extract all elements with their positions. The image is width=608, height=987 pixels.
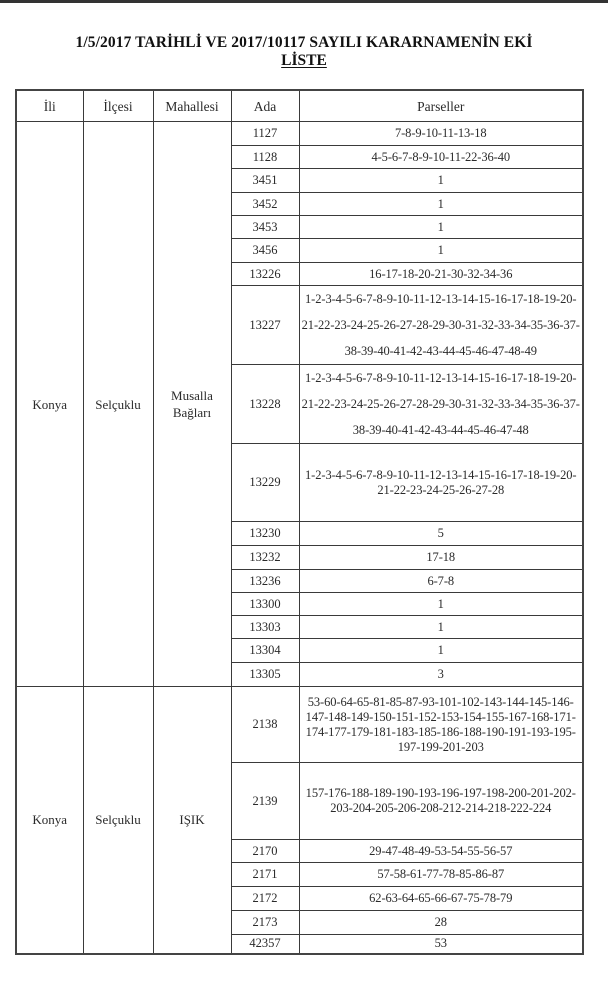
cell-parseller: 28 xyxy=(299,911,583,935)
cell-ada: 13305 xyxy=(231,663,299,687)
cell-parseller: 6-7-8 xyxy=(299,570,583,593)
cell-ada: 13227 xyxy=(231,286,299,365)
cell-parseller: 29-47-48-49-53-54-55-56-57 xyxy=(299,840,583,863)
cell-ada: 1128 xyxy=(231,146,299,169)
parcel-line: 1-2-3-4-5-6-7-8-9-10-11-12-13-14-15-16-1… xyxy=(300,468,583,483)
cell-ada: 2171 xyxy=(231,863,299,887)
parcel-line: 1 xyxy=(300,643,583,658)
cell-parseller: 1 xyxy=(299,169,583,193)
cell-mahalle: IŞIK xyxy=(153,687,231,954)
cell-parseller: 1 xyxy=(299,216,583,239)
cell-parseller: 1 xyxy=(299,639,583,663)
cell-ada: 13226 xyxy=(231,263,299,286)
mahalle-line: IŞIK xyxy=(154,811,231,828)
parcel-line: 62-63-64-65-66-67-75-78-79 xyxy=(300,891,583,906)
cell-ada: 13303 xyxy=(231,616,299,639)
parcel-line: 28 xyxy=(300,915,583,930)
cell-ada: 42357 xyxy=(231,935,299,954)
cell-parseller: 5 xyxy=(299,522,583,546)
parcel-line: 53 xyxy=(300,936,583,951)
parcel-line: 1-2-3-4-5-6-7-8-9-10-11-12-13-14-15-16-1… xyxy=(300,286,583,312)
table-row: KonyaSelçukluMusallaBağları11277-8-9-10-… xyxy=(16,122,583,146)
parcel-line: 1 xyxy=(300,220,583,235)
parcel-line: 17-18 xyxy=(300,550,583,565)
parcel-line: 1 xyxy=(300,243,583,258)
cell-ada: 2172 xyxy=(231,887,299,911)
cell-ada: 13236 xyxy=(231,570,299,593)
parcel-line: 197-199-201-203 xyxy=(300,740,583,755)
mahalle-line: Musalla xyxy=(154,387,231,404)
header-ada: Ada xyxy=(231,90,299,122)
cell-parseller: 1-2-3-4-5-6-7-8-9-10-11-12-13-14-15-16-1… xyxy=(299,286,583,365)
cell-parseller: 1 xyxy=(299,593,583,616)
header-mahalle: Mahallesi xyxy=(153,90,231,122)
cell-il: Konya xyxy=(16,122,83,687)
cell-ada: 3451 xyxy=(231,169,299,193)
cell-ada: 2170 xyxy=(231,840,299,863)
parcel-line: 1 xyxy=(300,173,583,188)
parcel-line: 7-8-9-10-11-13-18 xyxy=(300,126,583,141)
cell-il: Konya xyxy=(16,687,83,954)
parcel-line: 4-5-6-7-8-9-10-11-22-36-40 xyxy=(300,150,583,165)
parcel-line: 1 xyxy=(300,197,583,212)
parcel-line: 38-39-40-41-42-43-44-45-46-47-48-49 xyxy=(300,338,583,364)
cell-ada: 13304 xyxy=(231,639,299,663)
cell-ilce: Selçuklu xyxy=(83,122,153,687)
header-ilce: İlçesi xyxy=(83,90,153,122)
parcel-line: 16-17-18-20-21-30-32-34-36 xyxy=(300,267,583,282)
cell-parseller: 157-176-188-189-190-193-196-197-198-200-… xyxy=(299,763,583,840)
cell-ada: 3456 xyxy=(231,239,299,263)
cell-ada: 13232 xyxy=(231,546,299,570)
cell-parseller: 53-60-64-65-81-85-87-93-101-102-143-144-… xyxy=(299,687,583,763)
parcel-line: 21-22-23-24-25-26-27-28 xyxy=(300,483,583,498)
cell-parseller: 1 xyxy=(299,193,583,216)
cell-ada: 2139 xyxy=(231,763,299,840)
parcel-line: 29-47-48-49-53-54-55-56-57 xyxy=(300,844,583,859)
cell-parseller: 1 xyxy=(299,616,583,639)
cell-parseller: 17-18 xyxy=(299,546,583,570)
parcel-table: İli İlçesi Mahallesi Ada Parseller Konya… xyxy=(15,89,584,955)
cell-parseller: 1-2-3-4-5-6-7-8-9-10-11-12-13-14-15-16-1… xyxy=(299,365,583,444)
parcel-line: 147-148-149-150-151-152-153-154-155-167-… xyxy=(300,710,583,725)
scan-top-edge xyxy=(0,0,608,3)
parcel-line: 57-58-61-77-78-85-86-87 xyxy=(300,867,583,882)
cell-ada: 2138 xyxy=(231,687,299,763)
table-row: KonyaSelçukluIŞIK213853-60-64-65-81-85-8… xyxy=(16,687,583,763)
cell-parseller: 53 xyxy=(299,935,583,954)
parcel-line: 203-204-205-206-208-212-214-218-222-224 xyxy=(300,801,583,816)
parcel-line: 5 xyxy=(300,526,583,541)
parcel-line: 6-7-8 xyxy=(300,574,583,589)
cell-ada: 13229 xyxy=(231,444,299,522)
cell-parseller: 57-58-61-77-78-85-86-87 xyxy=(299,863,583,887)
cell-parseller: 62-63-64-65-66-67-75-78-79 xyxy=(299,887,583,911)
parcel-line: 21-22-23-24-25-26-27-28-29-30-31-32-33-3… xyxy=(300,312,583,338)
cell-ada: 1127 xyxy=(231,122,299,146)
document-subtitle: LİSTE xyxy=(281,52,327,69)
parcel-line: 1 xyxy=(300,597,583,612)
parcel-line: 1 xyxy=(300,620,583,635)
mahalle-line: Bağları xyxy=(154,404,231,421)
cell-parseller: 3 xyxy=(299,663,583,687)
cell-ada: 3452 xyxy=(231,193,299,216)
cell-ada: 13228 xyxy=(231,365,299,444)
cell-mahalle: MusallaBağları xyxy=(153,122,231,687)
cell-parseller: 4-5-6-7-8-9-10-11-22-36-40 xyxy=(299,146,583,169)
cell-ada: 13300 xyxy=(231,593,299,616)
cell-ada: 2173 xyxy=(231,911,299,935)
parcel-line: 3 xyxy=(300,667,583,682)
cell-ada: 13230 xyxy=(231,522,299,546)
parcel-line: 1-2-3-4-5-6-7-8-9-10-11-12-13-14-15-16-1… xyxy=(300,365,583,391)
cell-parseller: 16-17-18-20-21-30-32-34-36 xyxy=(299,263,583,286)
table-header-row: İli İlçesi Mahallesi Ada Parseller xyxy=(16,90,583,122)
parcel-line: 174-177-179-181-183-185-186-188-190-191-… xyxy=(300,725,583,740)
cell-parseller: 1 xyxy=(299,239,583,263)
parcel-line: 38-39-40-41-42-43-44-45-46-47-48 xyxy=(300,417,583,443)
cell-ada: 3453 xyxy=(231,216,299,239)
cell-parseller: 1-2-3-4-5-6-7-8-9-10-11-12-13-14-15-16-1… xyxy=(299,444,583,522)
parcel-line: 53-60-64-65-81-85-87-93-101-102-143-144-… xyxy=(300,695,583,710)
header-parseller: Parseller xyxy=(299,90,583,122)
parcel-line: 157-176-188-189-190-193-196-197-198-200-… xyxy=(300,786,583,801)
parcel-line: 21-22-23-24-25-26-27-28-29-30-31-32-33-3… xyxy=(300,391,583,417)
header-il: İli xyxy=(16,90,83,122)
cell-ilce: Selçuklu xyxy=(83,687,153,954)
cell-parseller: 7-8-9-10-11-13-18 xyxy=(299,122,583,146)
document-title: 1/5/2017 TARİHLİ VE 2017/10117 SAYILI KA… xyxy=(0,34,608,52)
